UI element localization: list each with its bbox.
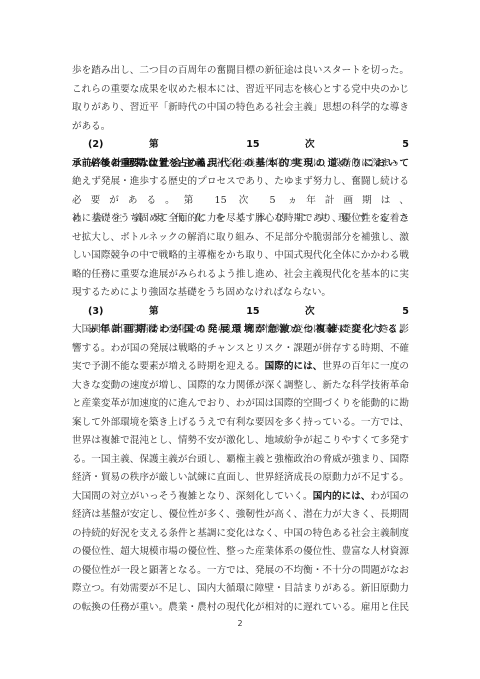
line-text: の転換の任務が重い。農業・農村の現代化が相対的に遅れている。雇用と住民 <box>72 602 409 613</box>
line-text: 歩を踏み出し、二つ目の百周年の奮闘目標の新征途は良いスタートを切った。 <box>72 65 409 76</box>
line-text: 社会主義現代化の実現は、段階的に深まって <box>216 158 409 169</box>
line-text: しい国際競争の中で戦略的主導権をかち取り、中国式現代化全体にかかわる戦 <box>72 250 409 261</box>
line-text: 響する。わが国の発展は戦略的チャンスとリスク・課題が併存する時期、不確 <box>72 343 409 354</box>
line-text: せ拡大し、ボトルネックの解消に取り組み、不足部分や脆弱部分を補強し、激 <box>72 232 409 243</box>
line-text: めに基礎をうち固めて全面的に力を尽くす肝心な時期であり、優位性を定着さ <box>72 213 409 224</box>
page-number: 2 <box>0 619 480 628</box>
bold-heading-text: 承前啓後の重要な位置を占める。 <box>72 158 216 169</box>
bold-inline-text: 国内的には、 <box>313 491 371 502</box>
line-text: 世界の百年に一度の <box>322 361 409 372</box>
line-text: 案して外部環境を築き上げるうえで有利な要因を多く持っている。一方では、 <box>72 417 409 428</box>
line-text: る。一国主義、保護主義が台頭し、覇権主義と強権政治の脅威が強まり、国際 <box>72 454 409 465</box>
line-text: これらの重要な成果を収めた根本には、習近平同志を核心とする党中央のかじ <box>72 84 409 95</box>
line-text: の優位性、超大規模市場の優位性、整った産業体系の優位性、豊富な人材資源 <box>72 546 409 557</box>
text-line: 絶えず発展・進歩する歴史的プロセスであり、たゆまず努力し、奮闘し続ける <box>72 173 409 192</box>
text-line: 経済・貿易の秩序が厳しい試練に直面し、世界経済成長の原動力が不足する。 <box>72 469 409 488</box>
text-line: の優位性が一段と顕著となる。一方では、発展の不均衡・不十分の問題がなお <box>72 562 409 581</box>
text-line: 実で予測不能な要素が増える時期を迎える。国際的には、世界の百年に一度の <box>72 358 409 377</box>
body-text: 歩を踏み出し、二つ目の百周年の奮闘目標の新征途は良いスタートを切った。 これらの… <box>72 62 409 617</box>
line-text: 大国関係は国際情勢に変化をもたらし、国際情勢の変化は国内発展を大きく影 <box>72 324 409 335</box>
text-line: 略的任務に重要な進展がみられるよう推し進め、社会主義現代化を基本的に実 <box>72 266 409 285</box>
text-line: 承前啓後の重要な位置を占める。社会主義現代化の実現は、段階的に深まって <box>72 155 409 174</box>
line-text: 取りがあり、習近平「新時代の中国の特色ある社会主義」思想の科学的な導き <box>72 102 409 113</box>
line-text: 絶えず発展・進歩する歴史的プロセスであり、たゆまず努力し、奮闘し続ける <box>72 176 409 187</box>
line-text: 経済は基盤が安定し、優位性が多く、強靭性が高く、潜在力が大きく、長期間 <box>72 509 409 520</box>
text-line: 際立つ。有効需要が不足し、国内大循環に障壁・目詰まりがある。新旧原動力 <box>72 580 409 599</box>
text-line: 世界は複雑で混沌とし、情勢不安が激化し、地域紛争が起こりやすくて多発す <box>72 432 409 451</box>
text-line: 案して外部環境を築き上げるうえで有利な要因を多く持っている。一方では、 <box>72 414 409 433</box>
text-line: る。一国主義、保護主義が台頭し、覇権主義と強権政治の脅威が強まり、国際 <box>72 451 409 470</box>
document-page: 歩を踏み出し、二つ目の百周年の奮闘目標の新征途は良いスタートを切った。 これらの… <box>0 0 480 679</box>
text-line: 経済は基盤が安定し、優位性が多く、強靭性が高く、潜在力が大きく、長期間 <box>72 506 409 525</box>
text-line: の優位性、超大規模市場の優位性、整った産業体系の優位性、豊富な人材資源 <box>72 543 409 562</box>
line-text: 実で予測不能な要素が増える時期を迎える。 <box>72 361 265 372</box>
line-text: 大きな変動の速度が増し、国際的な力関係が深く調整し、新たな科学技術革命 <box>72 380 409 391</box>
line-text: 大国間の対立がいっそう複雑となり、深刻化していく。 <box>72 491 313 502</box>
text-line: しい国際競争の中で戦略的主導権をかち取り、中国式現代化全体にかかわる戦 <box>72 247 409 266</box>
line-text: の持続的好況を支える条件と基調に変化はなく、中国の特色ある社会主義制度 <box>72 528 409 539</box>
line-text: 際立つ。有効需要が不足し、国内大循環に障壁・目詰まりがある。新旧原動力 <box>72 583 409 594</box>
line-text: 現するためにより強固な基礎をうち固めなければならない。 <box>72 287 331 298</box>
text-line: がある。 <box>72 118 409 137</box>
line-text: と産業変革が加速度的に進んでおり、わが国は国際的空間づくりを能動的に勘 <box>72 398 409 409</box>
text-line: 大国間の対立がいっそう複雑となり、深刻化していく。国内的には、わが国の <box>72 488 409 507</box>
text-line: めに基礎をうち固めて全面的に力を尽くす肝心な時期であり、優位性を定着さ <box>72 210 409 229</box>
text-line: の持続的好況を支える条件と基調に変化はなく、中国の特色ある社会主義制度 <box>72 525 409 544</box>
text-line: 響する。わが国の発展は戦略的チャンスとリスク・課題が併存する時期、不確 <box>72 340 409 359</box>
bold-inline-text: 国際的には、 <box>265 361 323 372</box>
text-line: 必要がある。第 15 次 5 ヵ年計画期は、社会主義現代化を基本的に実現するた <box>72 192 409 211</box>
text-line: 大きな変動の速度が増し、国際的な力関係が深く調整し、新たな科学技術革命 <box>72 377 409 396</box>
text-line: 大国関係は国際情勢に変化をもたらし、国際情勢の変化は国内発展を大きく影 <box>72 321 409 340</box>
text-line: せ拡大し、ボトルネックの解消に取り組み、不足部分や脆弱部分を補強し、激 <box>72 229 409 248</box>
line-text: 略的任務に重要な進展がみられるよう推し進め、社会主義現代化を基本的に実 <box>72 269 409 280</box>
line-text: 経済・貿易の秩序が厳しい試練に直面し、世界経済成長の原動力が不足する。 <box>72 472 409 483</box>
line-text: がある。 <box>72 121 110 132</box>
text-line: 歩を踏み出し、二つ目の百周年の奮闘目標の新征途は良いスタートを切った。 <box>72 62 409 81</box>
text-line: の転換の任務が重い。農業・農村の現代化が相対的に遅れている。雇用と住民 <box>72 599 409 618</box>
section-heading-2: (2) 第 15 次 5 ヵ年計画期は社会主義現代化の基本的実現の道のりにおいて <box>72 136 409 155</box>
text-line: 取りがあり、習近平「新時代の中国の特色ある社会主義」思想の科学的な導き <box>72 99 409 118</box>
text-line: 現するためにより強固な基礎をうち固めなければならない。 <box>72 284 409 303</box>
line-text: 世界は複雑で混沌とし、情勢不安が激化し、地域紛争が起こりやすくて多発す <box>72 435 409 446</box>
section-heading-3: (3) 第 15 次 5 ヵ年計画期はわが国の発展環境が急激かつ複雑に変化する。 <box>72 303 409 322</box>
line-text: の優位性が一段と顕著となる。一方では、発展の不均衡・不十分の問題がなお <box>72 565 409 576</box>
text-line: これらの重要な成果を収めた根本には、習近平同志を核心とする党中央のかじ <box>72 81 409 100</box>
text-line: と産業変革が加速度的に進んでおり、わが国は国際的空間づくりを能動的に勘 <box>72 395 409 414</box>
line-text: わが国の <box>371 491 410 502</box>
